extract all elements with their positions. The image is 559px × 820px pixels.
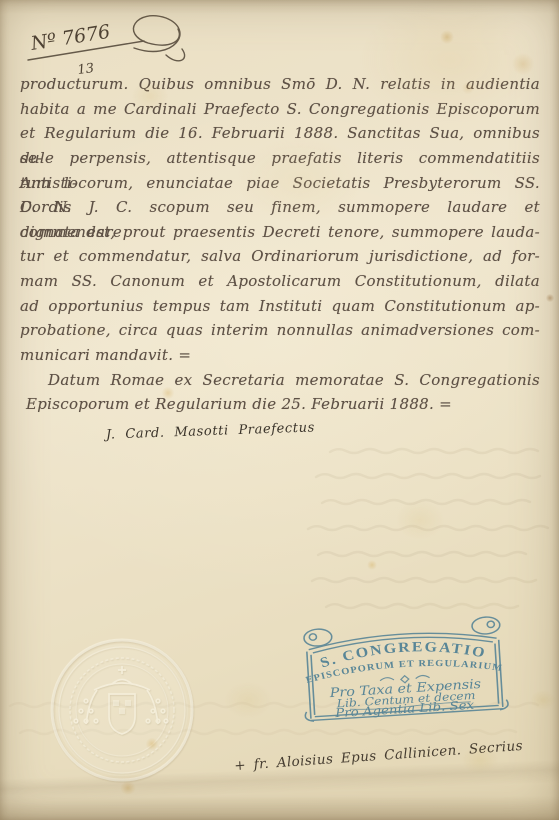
document-page: Nº 7676 13 producturum. Quibus omnibus S… xyxy=(0,0,559,820)
manuscript-line: probatione, circa quas interim nonnullas… xyxy=(20,318,540,343)
manuscript-line: tur et commendatur, salva Ordinariorum j… xyxy=(20,244,540,269)
manuscript-line: et Regularium die 16. Februarii 1888. Sa… xyxy=(20,121,540,146)
manuscript-line: producturum. Quibus omnibus Smō D. N. re… xyxy=(20,72,540,97)
manuscript-line: Episcoporum et Regularium die 25. Februa… xyxy=(20,392,540,417)
manuscript-line: Datum Romae ex Secretaria memoratae S. C… xyxy=(20,368,540,393)
manuscript-line: dignata est, prout praesentis Decreti te… xyxy=(20,220,540,245)
manuscript-line: mam SS. Canonum et Apostolicarum Constit… xyxy=(20,269,540,294)
manuscript-line: ad opportunius tempus tam Instituti quam… xyxy=(20,294,540,319)
embossed-seal xyxy=(46,634,198,786)
manuscript-line: dule perpensis, attentisque praefatis li… xyxy=(20,146,540,171)
tax-stamp: S. CONGREGATIO EPISCOPORUM ET REGULARIUM… xyxy=(293,606,515,727)
manuscript-line: habita a me Cardinali Praefecto S. Congr… xyxy=(20,97,540,122)
manuscript-line: D. N. J. C. scopum seu finem, summopere … xyxy=(20,195,540,220)
manuscript-line: tum locorum, enunciatae piae Societatis … xyxy=(20,171,540,196)
docket-number: Nº 7676 xyxy=(28,21,111,55)
manuscript-line: municari mandavit. = xyxy=(20,343,540,368)
manuscript-body: producturum. Quibus omnibus Smō D. N. re… xyxy=(20,72,540,417)
